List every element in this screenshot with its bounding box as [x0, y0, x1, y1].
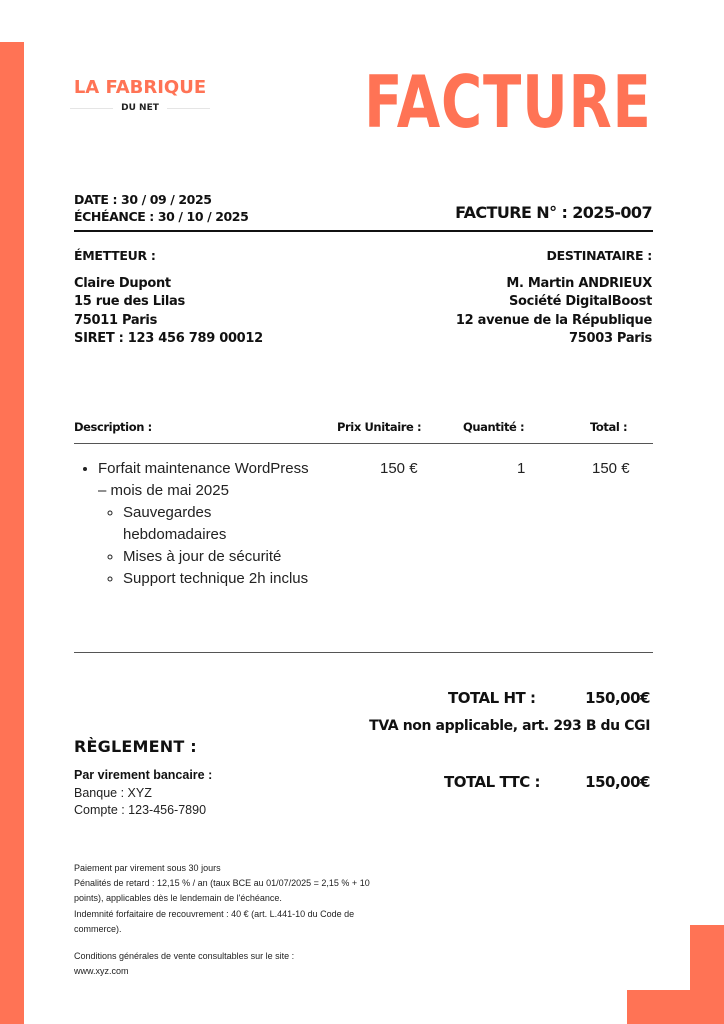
website-link[interactable]: www.xyz.com [74, 964, 394, 979]
company-logo: LA FABRIQUE DU NET [70, 77, 210, 114]
issuer-line: SIRET : 123 456 789 00012 [74, 330, 263, 348]
line-item-description: Forfait maintenance WordPress – mois de … [98, 460, 309, 499]
column-header-unit-price: Prix Unitaire : [337, 420, 421, 434]
column-header-total: Total : [590, 420, 627, 434]
logo-divider [167, 108, 210, 109]
column-header-description: Description : [74, 420, 152, 434]
recipient-line: 75003 Paris [456, 330, 652, 348]
issuer-line: 75011 Paris [74, 312, 263, 330]
invoice-number: FACTURE N° : 2025-007 [455, 203, 652, 223]
table-divider [74, 443, 653, 444]
invoice-due-date: ÉCHÉANCE : 30 / 10 / 2025 [74, 208, 248, 225]
recipient-line: M. Martin ANDRIEUX [456, 275, 652, 293]
accent-corner-horizontal [627, 990, 724, 1024]
accent-bar-left [0, 42, 24, 1024]
total-ttc-label: TOTAL TTC : [444, 772, 540, 792]
table-row-description: Forfait maintenance WordPress – mois de … [74, 458, 314, 590]
total-ht-label: TOTAL HT : [448, 688, 535, 708]
recipient-line: 12 avenue de la République [456, 312, 652, 330]
payment-method: Par virement bancaire : [74, 767, 212, 785]
table-header: Description : Prix Unitaire : Quantité :… [74, 420, 653, 438]
terms-line: Indemnité forfaitaire de recouvrement : … [74, 907, 394, 937]
tva-note: TVA non applicable, art. 293 B du CGI [369, 716, 650, 736]
issuer-line: 15 rue des Lilas [74, 293, 263, 311]
payment-terms: Paiement par virement sous 30 jours Péna… [74, 861, 394, 937]
payment-account: Compte : 123-456-7890 [74, 802, 212, 820]
document-title: FACTURE [364, 60, 652, 144]
cgv-notice: Conditions générales de vente consultabl… [74, 949, 394, 979]
logo-subtitle: DU NET [121, 102, 159, 114]
line-item-detail: Mises à jour de sécurité [123, 546, 314, 568]
line-item-unit-price: 150 € [380, 458, 418, 480]
terms-line: Paiement par virement sous 30 jours [74, 861, 394, 876]
terms-line: Pénalités de retard : 12,15 % / an (taux… [74, 876, 394, 906]
issuer-label: ÉMETTEUR : [74, 247, 156, 264]
line-item-total: 150 € [592, 458, 630, 480]
recipient-line: Société DigitalBoost [456, 293, 652, 311]
cgv-text: Conditions générales de vente consultabl… [74, 949, 394, 964]
invoice-date: DATE : 30 / 09 / 2025 [74, 191, 248, 208]
issuer-line: Claire Dupont [74, 275, 263, 293]
recipient-address: M. Martin ANDRIEUX Société DigitalBoost … [456, 275, 652, 348]
line-item-detail: Sauvegardes hebdomadaires [123, 502, 314, 546]
column-header-quantity: Quantité : [463, 420, 524, 434]
line-item-detail: Support technique 2h inclus [123, 568, 314, 590]
table-divider [74, 652, 653, 653]
issuer-address: Claire Dupont 15 rue des Lilas 75011 Par… [74, 275, 263, 348]
payment-title: RÈGLEMENT : [74, 736, 197, 758]
payment-details: Par virement bancaire : Banque : XYZ Com… [74, 767, 212, 820]
logo-name: LA FABRIQUE [70, 77, 210, 99]
logo-divider [70, 108, 113, 109]
total-ht-value: 150,00€ [585, 688, 650, 708]
line-item-quantity: 1 [517, 458, 525, 480]
line-item: Forfait maintenance WordPress – mois de … [98, 458, 314, 590]
invoice-dates: DATE : 30 / 09 / 2025 ÉCHÉANCE : 30 / 10… [74, 191, 248, 225]
divider [74, 230, 653, 232]
payment-bank: Banque : XYZ [74, 785, 212, 803]
total-ttc-value: 150,00€ [585, 772, 650, 792]
recipient-label: DESTINATAIRE : [547, 247, 652, 264]
